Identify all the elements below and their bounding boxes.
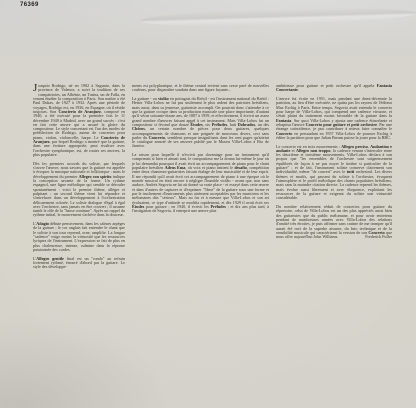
album-back-cover-scan: 76369 Joaquín Rodrigo, né en 1902 à Sagu… [0, 0, 416, 408]
paragraph: Joaquín Rodrigo, né en 1902 à Sagunto, d… [33, 84, 125, 157]
liner-notes: Joaquín Rodrigo, né en 1902 à Sagunto, d… [33, 84, 392, 274]
paragraph: L'œuvre fut écrite en 1951, mais pendant… [276, 97, 392, 140]
author-signature: Frederick Fuller [365, 235, 392, 239]
paragraph: ments est polyphonique, et le thème cent… [132, 84, 269, 93]
paragraph: L'Adagio débute pensivement, dans les ca… [33, 222, 125, 252]
paragraph: Du nombre relativement réduit de concert… [276, 205, 392, 240]
catalog-number: 76369 [20, 2, 39, 8]
paragraph: Dès les premiers accords du soliste, par… [33, 162, 125, 218]
text-column-2: ments est polyphonique, et le thème cent… [132, 84, 269, 274]
paragraph: Le concerto est en trois mouvements : Al… [276, 145, 392, 201]
text-column-3: ambitieuse pour guitare et petit orchest… [276, 84, 392, 274]
paragraph: L'Allegro gentile final est un "rondo" a… [33, 257, 125, 270]
paragraph: La guitare - ou violão en portugais du B… [132, 97, 269, 149]
text-column-1: Joaquín Rodrigo, né en 1902 à Sagunto, d… [33, 84, 125, 274]
paragraph: La raison pour laquelle il n'écrivit pas… [132, 153, 269, 213]
paragraph: ambitieuse pour guitare et petit orchest… [276, 84, 392, 93]
